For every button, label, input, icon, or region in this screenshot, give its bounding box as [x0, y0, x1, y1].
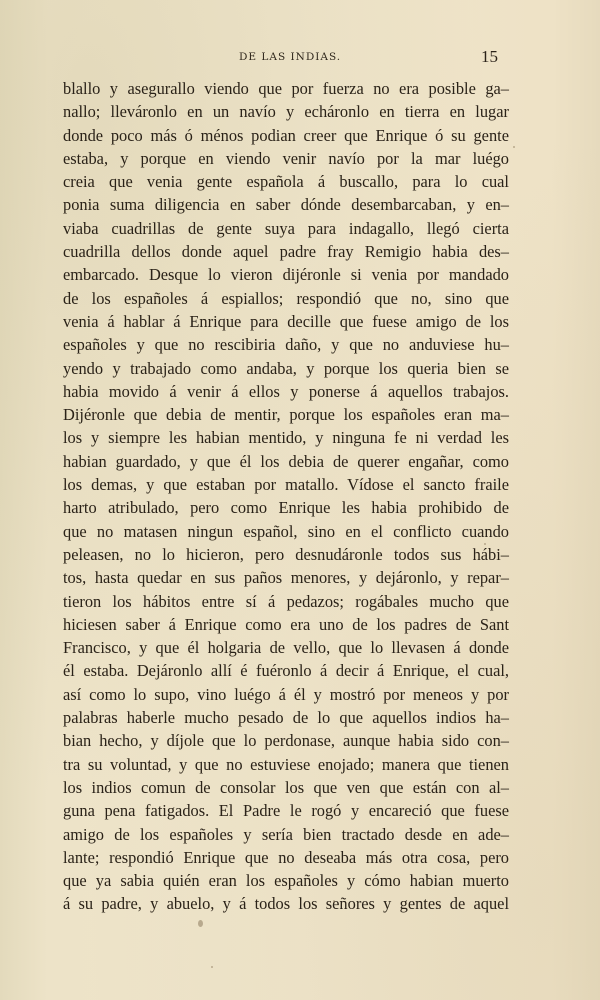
text-line: así como lo supo, vino luégo á él y most… [63, 683, 509, 706]
text-line: ponia suma diligencia en saber dónde des… [63, 193, 509, 216]
paper-speck [198, 920, 203, 927]
text-line: venia á hablar á Enrique para decille qu… [63, 310, 509, 333]
text-line: cuadrilla dellos donde aquel padre fray … [63, 240, 509, 263]
body-text: blallo y asegurallo viendo que por fuerz… [63, 77, 509, 916]
text-line: habian guardado, y que él los debia de q… [63, 450, 509, 473]
paper-speck [333, 900, 335, 903]
text-line: lante; respondió Enrique que no deseaba … [63, 846, 509, 869]
text-line: harto atribulado, pero como Enrique les … [63, 496, 509, 519]
text-line: palabras haberle mucho pesado de lo que … [63, 706, 509, 729]
text-line: Francisco, y que él holgaria de vello, q… [63, 636, 509, 659]
text-line: que ya sabia quién eran los españoles y … [63, 869, 509, 892]
text-line: estaba, y porque en viendo venir navío p… [63, 147, 509, 170]
text-line: Dijéronle que debia de mentir, porque lo… [63, 403, 509, 426]
text-line: nallo; lleváronlo en un navío y echáronl… [63, 100, 509, 123]
text-line: bian hecho, y díjole que lo perdonase, a… [63, 729, 509, 752]
text-line: tos, hasta quedar en sus paños menores, … [63, 566, 509, 589]
running-head: DE LAS INDIAS. 15 [0, 49, 600, 69]
text-line: tra su voluntad, y que no estuviese enoj… [63, 753, 509, 776]
text-line: los indios comun de consolar los que ven… [63, 776, 509, 799]
text-line: que no matasen ningun español, sino en e… [63, 520, 509, 543]
text-line: donde poco más ó ménos podian creer que … [63, 124, 509, 147]
text-line: amigo de los españoles y sería bien trac… [63, 823, 509, 846]
text-line: peleasen, no lo hicieron, pero desnudáro… [63, 543, 509, 566]
text-line: él estaba. Dejáronlo allí é fuéronlo á d… [63, 659, 509, 682]
running-title: DE LAS INDIAS. [239, 51, 341, 63]
text-line: españoles y que no rescibiria daño, y qu… [63, 333, 509, 356]
paper-speck [513, 146, 515, 148]
text-line: creia que venia gente española á buscall… [63, 170, 509, 193]
text-line: viaba cuadrillas de gente suya para inda… [63, 217, 509, 240]
text-line: guna pena fatigados. El Padre le rogó y … [63, 799, 509, 822]
text-line: de los españoles á espiallos; respondió … [63, 287, 509, 310]
paper-speck [211, 966, 213, 968]
book-page: DE LAS INDIAS. 15 blallo y asegurallo vi… [0, 0, 600, 1000]
text-line: embarcado. Desque lo vieron dijéronle si… [63, 263, 509, 286]
text-line: blallo y asegurallo viendo que por fuerz… [63, 77, 509, 100]
text-line: hiciesen saber á Enrique como era uno de… [63, 613, 509, 636]
text-line: los y siempre les habian mentido, y ning… [63, 426, 509, 449]
page-number: 15 [481, 47, 498, 67]
text-line: habia movido á venir á ellos y ponerse á… [63, 380, 509, 403]
paper-speck [484, 543, 486, 545]
text-line: yendo y trabajado como andaba, y porque … [63, 357, 509, 380]
text-line: los demas, y que estaban por matallo. Ví… [63, 473, 509, 496]
text-line: tieron los hábitos entre sí á pedazos; r… [63, 590, 509, 613]
text-line: á su padre, y abuelo, y á todos los seño… [63, 892, 509, 915]
